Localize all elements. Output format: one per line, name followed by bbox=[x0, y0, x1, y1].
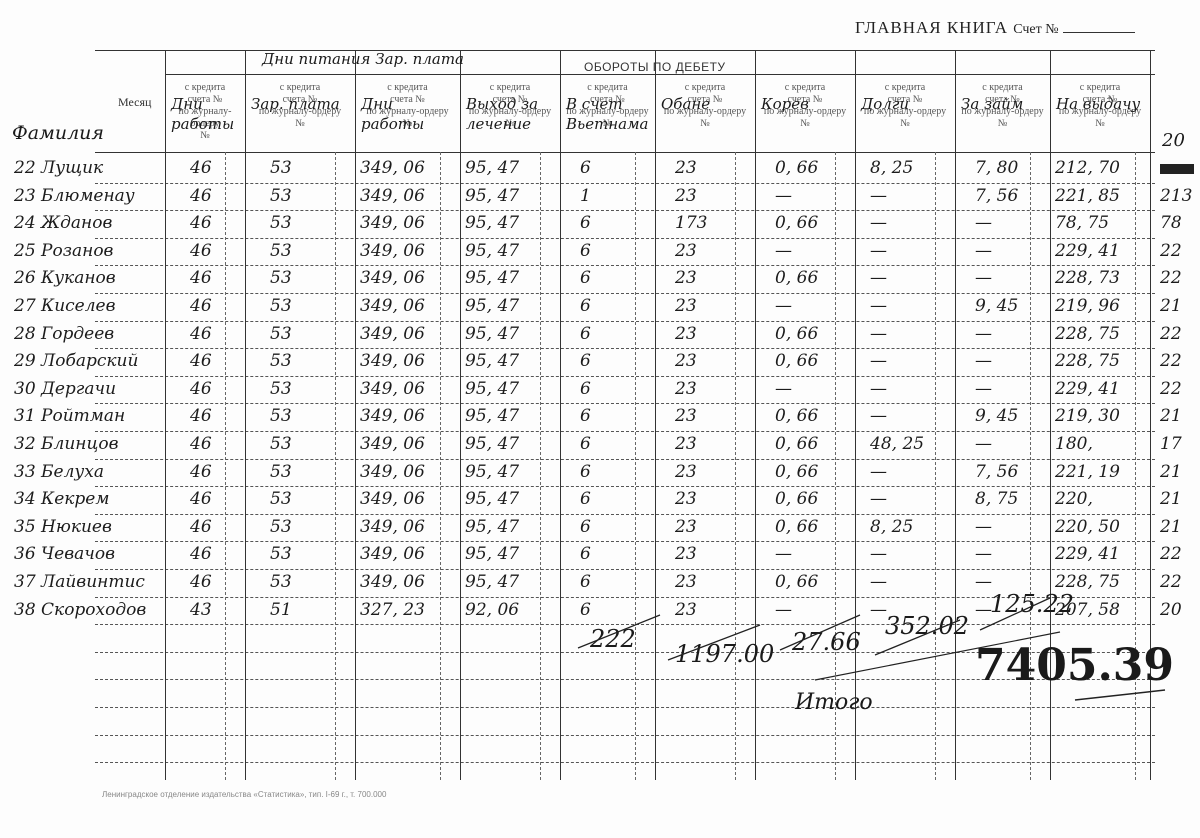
header-rule bbox=[165, 74, 1155, 75]
grand-total: 7405.39 bbox=[975, 640, 1174, 691]
cell-c5: 6 bbox=[580, 268, 591, 288]
cell-c2: 53 bbox=[270, 186, 292, 206]
cell-c9: — bbox=[975, 241, 992, 261]
sub-divider bbox=[935, 152, 936, 780]
cell-c1: 46 bbox=[190, 379, 212, 399]
footer-imprint: Ленинградское отделение издательства «Ст… bbox=[102, 790, 386, 799]
cell-c10: 180, bbox=[1055, 434, 1093, 454]
cell-c7: 0, 66 bbox=[775, 462, 818, 482]
cell-c9: 9, 45 bbox=[975, 296, 1018, 316]
cell-c3: 349, 06 bbox=[360, 351, 425, 371]
cell-c9: — bbox=[975, 213, 992, 233]
column-divider bbox=[655, 50, 656, 780]
cell-c6: 23 bbox=[675, 489, 697, 509]
cell-c2: 53 bbox=[270, 268, 292, 288]
cell-c7: 0, 66 bbox=[775, 268, 818, 288]
cell-c1: 46 bbox=[190, 351, 212, 371]
cell-c8: — bbox=[870, 186, 887, 206]
cell-c2: 53 bbox=[270, 241, 292, 261]
cell-c7: 0, 66 bbox=[775, 213, 818, 233]
cell-c6: 23 bbox=[675, 379, 697, 399]
cell-c4: 95, 47 bbox=[465, 186, 519, 206]
cell-c1: 46 bbox=[190, 324, 212, 344]
cell-c4: 95, 47 bbox=[465, 351, 519, 371]
account-number-blank bbox=[1063, 32, 1135, 33]
row-rule bbox=[95, 210, 1155, 211]
cell-c2: 53 bbox=[270, 213, 292, 233]
cell-c5: 6 bbox=[580, 241, 591, 261]
cell-c5: 6 bbox=[580, 434, 591, 454]
column-divider bbox=[855, 50, 856, 780]
margin-note bbox=[1160, 164, 1194, 174]
cell-c6: 23 bbox=[675, 572, 697, 592]
cell-c6: 23 bbox=[675, 186, 697, 206]
column-header-6: Обане bbox=[661, 94, 753, 114]
cell-c5: 1 bbox=[580, 186, 591, 206]
cell-c3: 349, 06 bbox=[360, 462, 425, 482]
cell-c3: 349, 06 bbox=[360, 158, 425, 178]
cell-c8: — bbox=[870, 324, 887, 344]
cell-c2: 51 bbox=[270, 600, 292, 620]
row-name: 28 Гордеев bbox=[14, 324, 114, 344]
column-header-8: Долги bbox=[861, 94, 953, 114]
cell-c4: 95, 47 bbox=[465, 517, 519, 537]
cell-c2: 53 bbox=[270, 544, 292, 564]
cell-c1: 46 bbox=[190, 406, 212, 426]
cell-c6: 173 bbox=[675, 213, 707, 233]
row-rule bbox=[95, 707, 1155, 708]
cell-c6: 23 bbox=[675, 434, 697, 454]
cell-c10: 228, 73 bbox=[1055, 268, 1120, 288]
cell-c7: 0, 66 bbox=[775, 434, 818, 454]
column-divider bbox=[245, 50, 246, 780]
row-name: 26 Куканов bbox=[14, 268, 116, 288]
cell-c9: 7, 56 bbox=[975, 462, 1018, 482]
cell-c7: 0, 66 bbox=[775, 351, 818, 371]
cell-c1: 46 bbox=[190, 489, 212, 509]
row-name: 36 Чевачов bbox=[14, 544, 115, 564]
column-header-7: Корев bbox=[761, 94, 853, 114]
cell-c8: 8, 25 bbox=[870, 158, 913, 178]
row-rule bbox=[95, 541, 1155, 542]
margin-note: 21 bbox=[1160, 406, 1182, 426]
cell-c3: 349, 06 bbox=[360, 544, 425, 564]
column-divider bbox=[755, 50, 756, 780]
cell-c9: — bbox=[975, 434, 992, 454]
margin-note: 21 bbox=[1160, 296, 1182, 316]
cell-c4: 95, 47 bbox=[465, 462, 519, 482]
cell-c2: 53 bbox=[270, 489, 292, 509]
cell-c10: 228, 75 bbox=[1055, 572, 1120, 592]
cell-c7: — bbox=[775, 296, 792, 316]
cell-c4: 95, 47 bbox=[465, 489, 519, 509]
cell-c5: 6 bbox=[580, 213, 591, 233]
sub-divider bbox=[735, 152, 736, 780]
cell-c7: — bbox=[775, 186, 792, 206]
cell-c6: 23 bbox=[675, 600, 697, 620]
margin-note: 22 bbox=[1160, 544, 1182, 564]
column-divider bbox=[560, 50, 561, 780]
cell-c4: 95, 47 bbox=[465, 241, 519, 261]
cell-c5: 6 bbox=[580, 517, 591, 537]
cell-c8: — bbox=[870, 572, 887, 592]
row-rule bbox=[95, 265, 1155, 266]
cell-c3: 349, 06 bbox=[360, 296, 425, 316]
cell-c2: 53 bbox=[270, 351, 292, 371]
cell-c5: 6 bbox=[580, 544, 591, 564]
cell-c10: 212, 70 bbox=[1055, 158, 1120, 178]
row-rule bbox=[95, 569, 1155, 570]
cell-c9: 9, 45 bbox=[975, 406, 1018, 426]
margin-note: 22 bbox=[1160, 351, 1182, 371]
cell-c8: 8, 25 bbox=[870, 517, 913, 537]
sub-divider bbox=[225, 152, 226, 780]
cell-c2: 53 bbox=[270, 462, 292, 482]
cell-c4: 92, 06 bbox=[465, 600, 519, 620]
column-divider bbox=[355, 50, 356, 780]
cell-c8: — bbox=[870, 544, 887, 564]
cell-c1: 46 bbox=[190, 572, 212, 592]
cell-c8: — bbox=[870, 296, 887, 316]
cell-c2: 53 bbox=[270, 517, 292, 537]
cell-c5: 6 bbox=[580, 296, 591, 316]
row-name: 33 Белуха bbox=[14, 462, 104, 482]
debit-turnover-header: ОБОРОТЫ ПО ДЕБЕТУ bbox=[584, 60, 726, 74]
row-name: 38 Скороходов bbox=[14, 600, 146, 620]
subtotal-c7: 27.66 bbox=[792, 628, 861, 656]
sub-divider bbox=[335, 152, 336, 780]
cell-c3: 349, 06 bbox=[360, 434, 425, 454]
cell-c3: 349, 06 bbox=[360, 406, 425, 426]
handwritten-top-header: Дни питания Зар. плата bbox=[262, 50, 464, 68]
cell-c7: — bbox=[775, 544, 792, 564]
account-label: Счет № bbox=[1013, 22, 1058, 37]
cell-c10: 229, 41 bbox=[1055, 379, 1120, 399]
cell-c4: 95, 47 bbox=[465, 213, 519, 233]
margin-note: 22 bbox=[1160, 572, 1182, 592]
subtotal-c6: 1197.00 bbox=[675, 640, 774, 668]
cell-c6: 23 bbox=[675, 406, 697, 426]
cell-c8: — bbox=[870, 489, 887, 509]
cell-c3: 349, 06 bbox=[360, 572, 425, 592]
cell-c9: — bbox=[975, 351, 992, 371]
cell-c6: 23 bbox=[675, 268, 697, 288]
cell-c4: 95, 47 bbox=[465, 296, 519, 316]
margin-note: 22 bbox=[1160, 379, 1182, 399]
cell-c4: 95, 47 bbox=[465, 324, 519, 344]
cell-c7: 0, 66 bbox=[775, 324, 818, 344]
cell-c1: 46 bbox=[190, 158, 212, 178]
cell-c1: 46 bbox=[190, 462, 212, 482]
cell-c9: 7, 80 bbox=[975, 158, 1018, 178]
margin-note: 17 bbox=[1160, 434, 1182, 454]
cell-c3: 349, 06 bbox=[360, 268, 425, 288]
row-rule bbox=[95, 348, 1155, 349]
row-rule bbox=[95, 514, 1155, 515]
column-header-1: Дни работы bbox=[171, 94, 243, 134]
cell-c6: 23 bbox=[675, 158, 697, 178]
cell-c8: 48, 25 bbox=[870, 434, 924, 454]
cell-c8: — bbox=[870, 241, 887, 261]
cell-c5: 6 bbox=[580, 379, 591, 399]
sub-divider bbox=[635, 152, 636, 780]
cell-c6: 23 bbox=[675, 544, 697, 564]
cell-c5: 6 bbox=[580, 600, 591, 620]
row-rule bbox=[95, 403, 1155, 404]
cell-c10: 229, 41 bbox=[1055, 544, 1120, 564]
cell-c8: — bbox=[870, 406, 887, 426]
column-divider bbox=[955, 50, 956, 780]
margin-note: 21 bbox=[1160, 489, 1182, 509]
cell-c6: 23 bbox=[675, 517, 697, 537]
subtotal-c8: 352.02 bbox=[885, 612, 969, 640]
cell-c10: 221, 19 bbox=[1055, 462, 1120, 482]
cell-c4: 95, 47 bbox=[465, 544, 519, 564]
cell-c2: 53 bbox=[270, 296, 292, 316]
margin-note: 22 bbox=[1160, 241, 1182, 261]
cell-c1: 43 bbox=[190, 600, 212, 620]
row-rule bbox=[95, 183, 1155, 184]
cell-c2: 53 bbox=[270, 406, 292, 426]
cell-c8: — bbox=[870, 462, 887, 482]
cell-c6: 23 bbox=[675, 351, 697, 371]
total-label: Итого bbox=[795, 690, 873, 715]
cell-c10: 220, bbox=[1055, 489, 1093, 509]
cell-c3: 349, 06 bbox=[360, 517, 425, 537]
cell-c7: 0, 66 bbox=[775, 406, 818, 426]
row-rule bbox=[95, 431, 1155, 432]
margin-note: 22 bbox=[1160, 324, 1182, 344]
cell-c1: 46 bbox=[190, 434, 212, 454]
cell-c3: 327, 23 bbox=[360, 600, 425, 620]
cell-c9: 7, 56 bbox=[975, 186, 1018, 206]
row-name: 32 Блинцов bbox=[14, 434, 119, 454]
subtotal-c5: 222 bbox=[590, 625, 636, 653]
column-divider bbox=[460, 50, 461, 780]
cell-c1: 46 bbox=[190, 544, 212, 564]
margin-note: 20 bbox=[1160, 600, 1182, 620]
cell-c1: 46 bbox=[190, 241, 212, 261]
sub-divider bbox=[835, 152, 836, 780]
cell-c7: — bbox=[775, 600, 792, 620]
month-label: Месяц bbox=[118, 95, 151, 110]
cell-c2: 53 bbox=[270, 572, 292, 592]
cell-c2: 53 bbox=[270, 324, 292, 344]
cell-c9: — bbox=[975, 544, 992, 564]
column-divider bbox=[165, 50, 166, 780]
cell-c10: 220, 50 bbox=[1055, 517, 1120, 537]
cell-c9: — bbox=[975, 517, 992, 537]
surname-header: Фамилия bbox=[12, 122, 104, 144]
row-name: 37 Лайвинтис bbox=[14, 572, 145, 592]
cell-c5: 6 bbox=[580, 462, 591, 482]
cell-c8: — bbox=[870, 268, 887, 288]
cell-c3: 349, 06 bbox=[360, 379, 425, 399]
margin-note: 78 bbox=[1160, 213, 1182, 233]
sub-divider bbox=[540, 152, 541, 780]
margin-note: 22 bbox=[1160, 268, 1182, 288]
row-rule bbox=[95, 762, 1155, 763]
column-header-4: Выход за лечение bbox=[466, 94, 558, 134]
cell-c9: — bbox=[975, 572, 992, 592]
cell-c10: 221, 85 bbox=[1055, 186, 1120, 206]
subtotal-c9: 125.22 bbox=[990, 590, 1074, 618]
cell-c6: 23 bbox=[675, 462, 697, 482]
cell-c9: — bbox=[975, 268, 992, 288]
cell-c7: 0, 66 bbox=[775, 572, 818, 592]
cell-c1: 46 bbox=[190, 296, 212, 316]
cell-c10: 219, 30 bbox=[1055, 406, 1120, 426]
column-header-9: За займ bbox=[961, 94, 1048, 114]
cell-c7: — bbox=[775, 241, 792, 261]
cell-c6: 23 bbox=[675, 296, 697, 316]
sub-divider bbox=[440, 152, 441, 780]
row-rule bbox=[95, 376, 1155, 377]
cell-c4: 95, 47 bbox=[465, 379, 519, 399]
cell-c3: 349, 06 bbox=[360, 324, 425, 344]
cell-c5: 6 bbox=[580, 158, 591, 178]
cell-c8: — bbox=[870, 379, 887, 399]
row-name: 22 Лущик bbox=[14, 158, 103, 178]
row-name: 29 Лобарский bbox=[14, 351, 138, 371]
cell-c3: 349, 06 bbox=[360, 241, 425, 261]
cell-c3: 349, 06 bbox=[360, 213, 425, 233]
row-name: 31 Ройтман bbox=[14, 406, 125, 426]
cell-c9: — bbox=[975, 379, 992, 399]
cell-c5: 6 bbox=[580, 489, 591, 509]
row-rule bbox=[95, 293, 1155, 294]
cell-c4: 95, 47 bbox=[465, 406, 519, 426]
cell-c5: 6 bbox=[580, 324, 591, 344]
title-text: ГЛАВНАЯ КНИГА bbox=[855, 18, 1008, 37]
cell-c2: 53 bbox=[270, 379, 292, 399]
cell-c10: 228, 75 bbox=[1055, 351, 1120, 371]
column-header-5: В счет Вьетнама bbox=[566, 94, 653, 134]
cell-c10: 228, 75 bbox=[1055, 324, 1120, 344]
cell-c2: 53 bbox=[270, 434, 292, 454]
cell-c1: 46 bbox=[190, 186, 212, 206]
margin-note: 21 bbox=[1160, 462, 1182, 482]
cell-c4: 95, 47 bbox=[465, 572, 519, 592]
cell-c7: 0, 66 bbox=[775, 489, 818, 509]
row-name: 34 Кекрем bbox=[14, 489, 109, 509]
column-header-10: На выдачу bbox=[1056, 94, 1148, 114]
cell-c8: — bbox=[870, 351, 887, 371]
row-rule bbox=[95, 238, 1155, 239]
cell-c6: 23 bbox=[675, 324, 697, 344]
top-rule bbox=[95, 50, 1155, 51]
cell-c7: 0, 66 bbox=[775, 158, 818, 178]
cell-c8: — bbox=[870, 213, 887, 233]
cell-c7: 0, 66 bbox=[775, 517, 818, 537]
column-header-3: Дни работы bbox=[361, 94, 458, 134]
cell-c3: 349, 06 bbox=[360, 186, 425, 206]
cell-c1: 46 bbox=[190, 268, 212, 288]
cell-c5: 6 bbox=[580, 406, 591, 426]
row-rule bbox=[95, 735, 1155, 736]
cell-c4: 95, 47 bbox=[465, 158, 519, 178]
row-name: 30 Дергачи bbox=[14, 379, 116, 399]
row-rule bbox=[95, 459, 1155, 460]
margin-note: 21 bbox=[1160, 517, 1182, 537]
margin-header-note: 20 bbox=[1162, 130, 1185, 151]
cell-c9: — bbox=[975, 324, 992, 344]
row-name: 27 Киселев bbox=[14, 296, 116, 316]
cell-c1: 46 bbox=[190, 517, 212, 537]
cell-c10: 78, 75 bbox=[1055, 213, 1109, 233]
cell-c9: 8, 75 bbox=[975, 489, 1018, 509]
cell-c6: 23 bbox=[675, 241, 697, 261]
cell-c4: 95, 47 bbox=[465, 434, 519, 454]
cell-c5: 6 bbox=[580, 351, 591, 371]
cell-c2: 53 bbox=[270, 158, 292, 178]
ledger-title: ГЛАВНАЯ КНИГА Счет № bbox=[855, 18, 1135, 38]
row-name: 23 Блюменау bbox=[14, 186, 135, 206]
header-bottom-rule bbox=[95, 152, 1155, 153]
cell-c10: 219, 96 bbox=[1055, 296, 1120, 316]
margin-note: 213 bbox=[1160, 186, 1192, 206]
row-name: 24 Жданов bbox=[14, 213, 112, 233]
cell-c7: — bbox=[775, 379, 792, 399]
row-name: 25 Розанов bbox=[14, 241, 113, 261]
row-rule bbox=[95, 321, 1155, 322]
cell-c10: 229, 41 bbox=[1055, 241, 1120, 261]
cell-c1: 46 bbox=[190, 213, 212, 233]
row-rule bbox=[95, 486, 1155, 487]
cell-c5: 6 bbox=[580, 572, 591, 592]
row-name: 35 Нюкиев bbox=[14, 517, 112, 537]
cell-c3: 349, 06 bbox=[360, 489, 425, 509]
cell-c4: 95, 47 bbox=[465, 268, 519, 288]
column-header-2: Зар. плата bbox=[251, 94, 353, 114]
